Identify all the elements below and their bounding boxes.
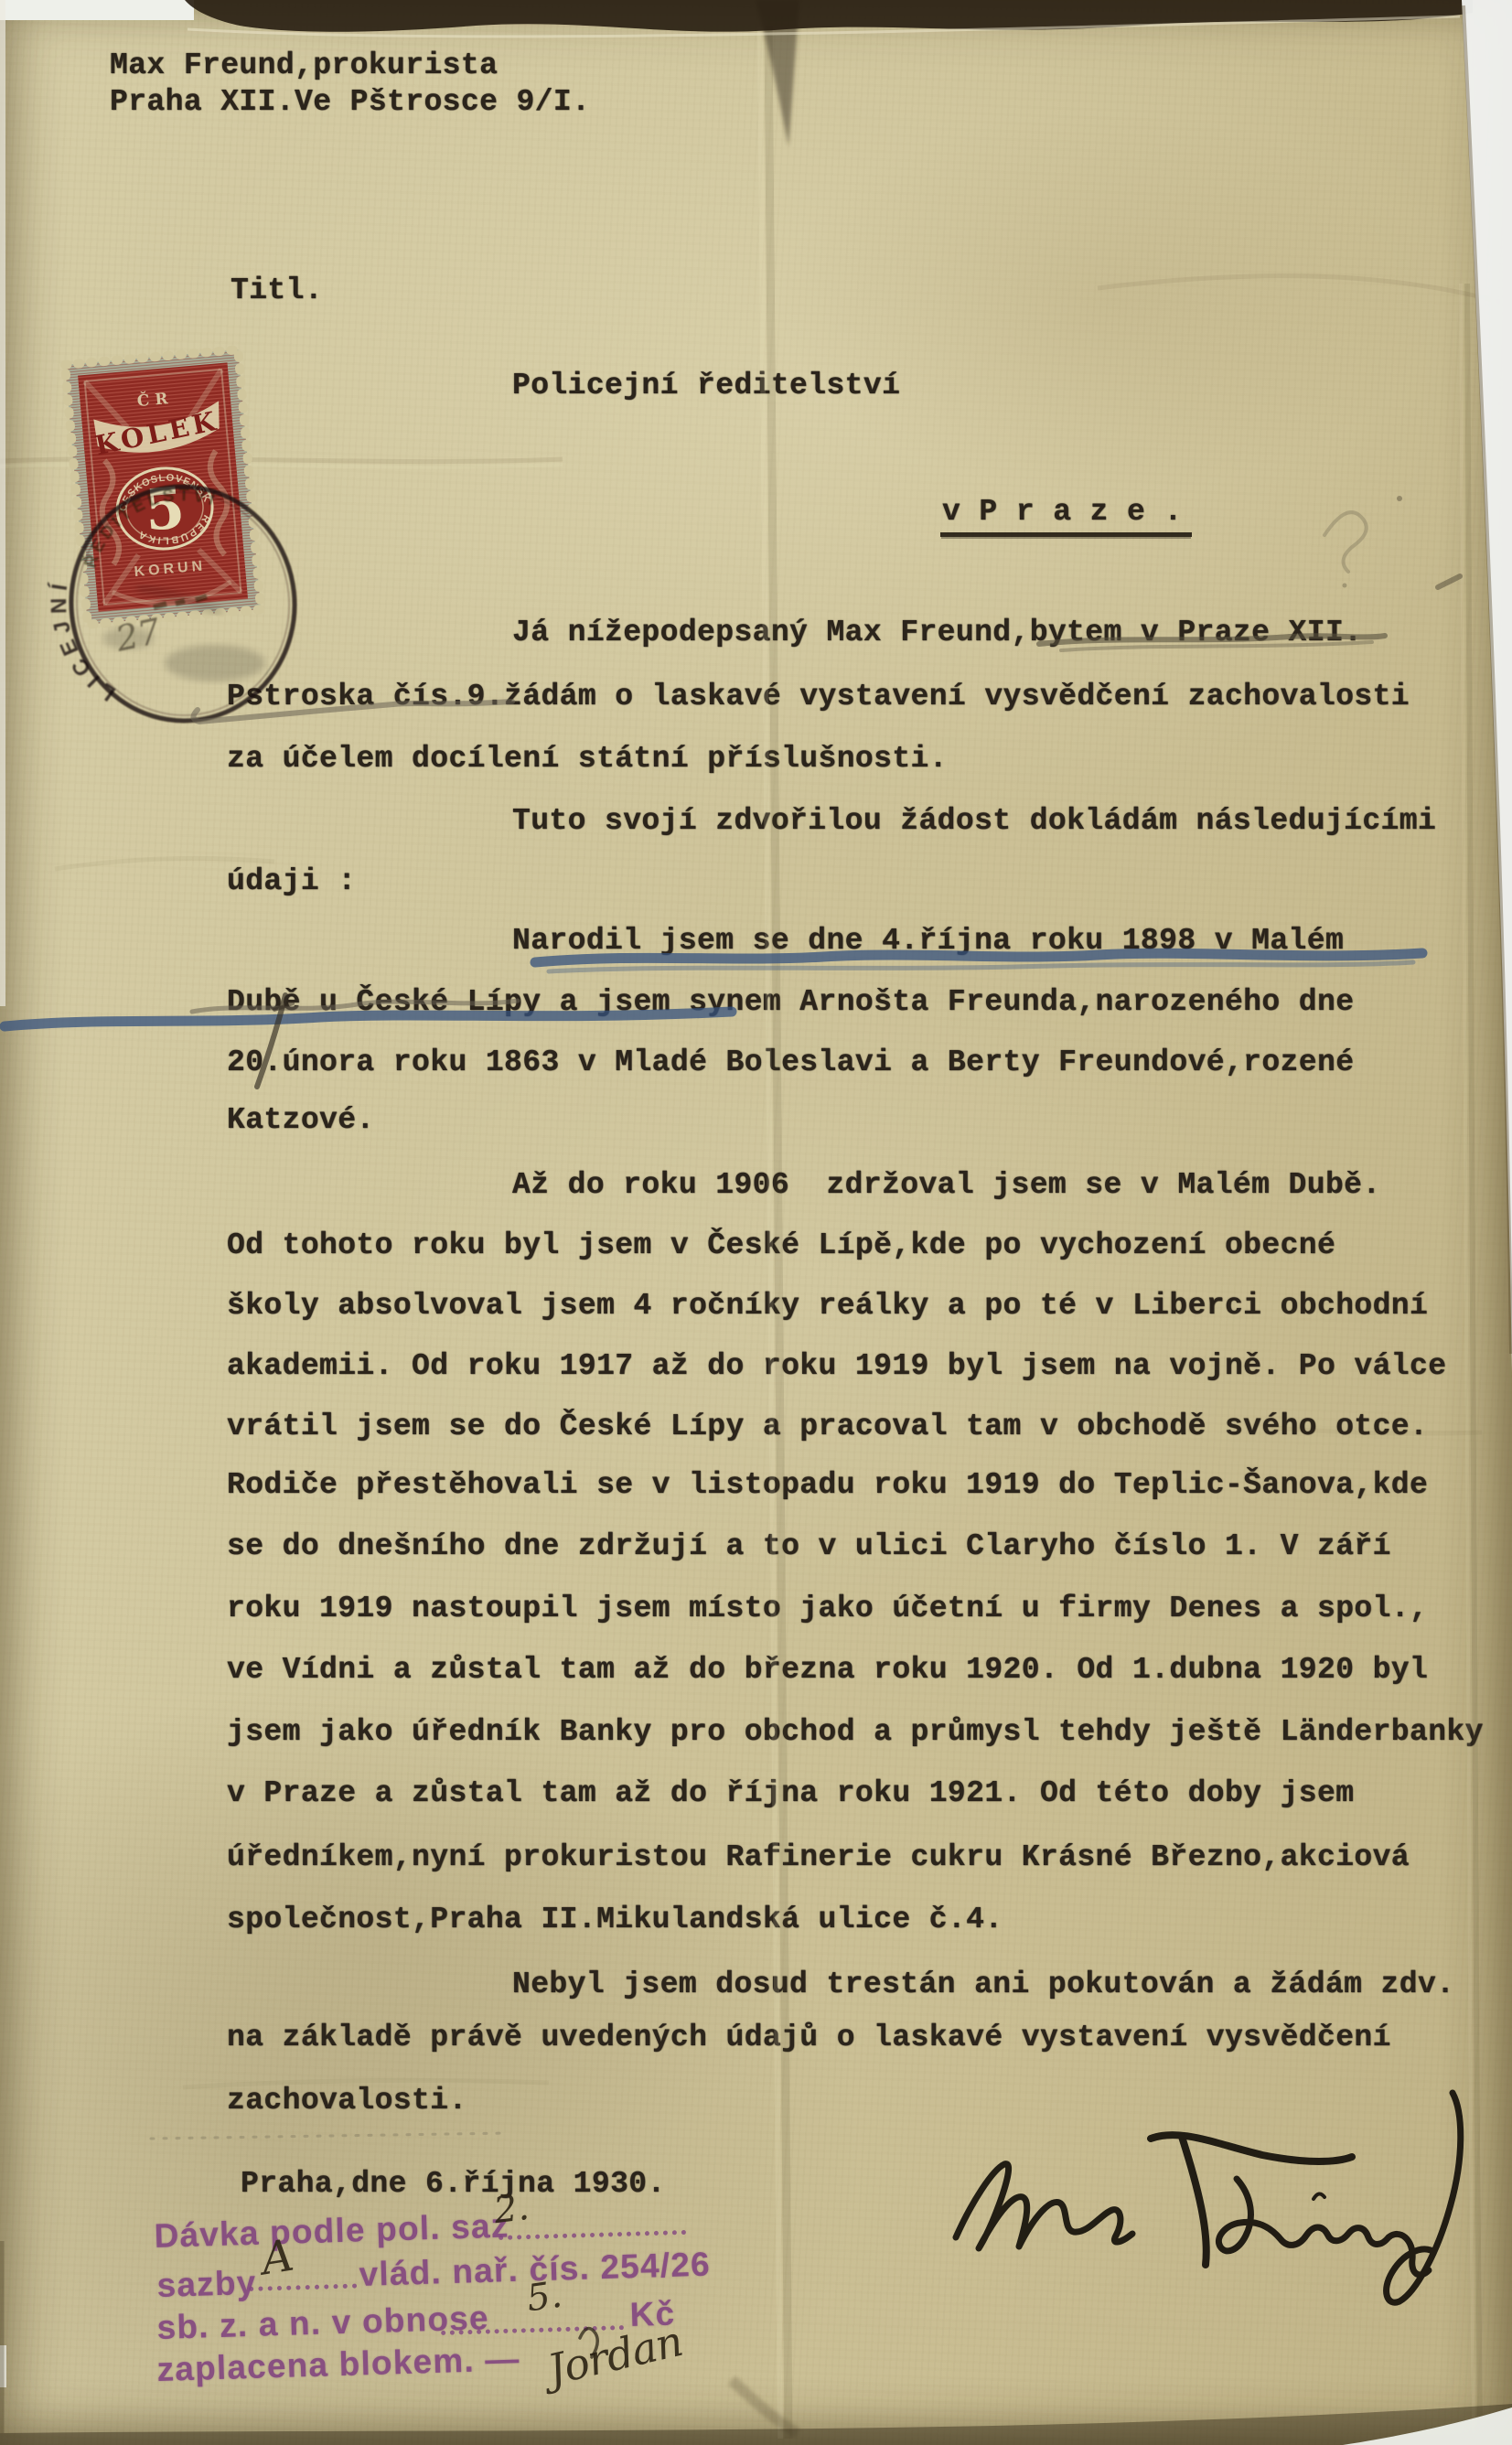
scanned-letter: Max Freund,prokurista Praha XII.Ve Pštro… [0, 0, 1512, 2445]
addressee-city-label: v P r a z e . [940, 495, 1192, 537]
sender-address: Praha XII.Ve Pštrosce 9/I. [110, 84, 590, 121]
typed-line: Rodiče přestěhovali se v listopadu roku … [227, 1467, 1428, 1504]
typed-line: ve Vídni a zůstal tam až do března roku … [227, 1652, 1428, 1689]
handwritten-rate: 2. [491, 2186, 531, 2232]
addressee: Policejní ředitelství [512, 368, 900, 404]
typed-line: Tuto svojí zdvořilou žádost dokládám nás… [512, 803, 1436, 840]
typed-line: Až do roku 1906 zdržoval jsem se v Malém… [512, 1167, 1381, 1204]
salutation: Titl. [231, 273, 323, 309]
typed-line: jsem jako úředník Banky pro obchod a prů… [227, 1714, 1484, 1751]
typed-line: zachovalosti. [227, 2083, 467, 2119]
typed-line: Pstroska čís.9.žádám o laskavé vystavení… [227, 679, 1410, 715]
typed-line: Dubě u České Lípy a jsem synem Arnošta F… [227, 984, 1354, 1021]
handwritten-amount: 5. [524, 2274, 564, 2321]
typed-line: Od tohoto roku byl jsem v České Lípě,kde… [227, 1228, 1335, 1264]
typed-line: Narodil jsem se dne 4.října roku 1898 v … [512, 923, 1344, 960]
paper-sheet [0, 0, 1512, 2445]
addressee-city: v P r a z e . [940, 494, 1192, 531]
typed-line: údaji : [227, 863, 356, 900]
typed-line: 20.února roku 1863 v Mladé Boleslavi a B… [227, 1045, 1354, 1081]
typed-line: roku 1919 nastoupil jsem místo jako účet… [227, 1591, 1428, 1627]
typed-line: Já nížepodepsaný Max Freund,bytem v Praz… [512, 615, 1362, 651]
typed-line: akademii. Od roku 1917 až do roku 1919 b… [227, 1348, 1446, 1385]
typed-line: za účelem docílení státní příslušnosti. [227, 741, 948, 777]
fee-stamp-line2: sazby [156, 2264, 257, 2305]
dateline: Praha,dne 6.října 1930. [241, 2166, 666, 2203]
typed-line: se do dnešního dne zdržují a to v ulici … [227, 1528, 1391, 1565]
typed-line: na základě právě uvedených údajů o laska… [227, 2020, 1391, 2056]
typed-line: v Praze a zůstal tam až do října roku 19… [227, 1775, 1354, 1812]
typed-line: školy absolvoval jsem 4 ročníky reálky a… [227, 1288, 1428, 1324]
typed-line: společnost,Praha II.Mikulandská ulice č.… [227, 1902, 1003, 1938]
typed-line: Nebyl jsem dosud trestán ani pokutován a… [512, 1967, 1454, 2003]
typed-line: Katzové. [227, 1102, 375, 1139]
sender-name: Max Freund,prokurista [110, 48, 498, 84]
typed-line: úředníkem,nyní prokuristou Rafinerie cuk… [227, 1839, 1410, 1876]
typed-line: vrátil jsem se do České Lípy a pracoval … [227, 1409, 1428, 1445]
